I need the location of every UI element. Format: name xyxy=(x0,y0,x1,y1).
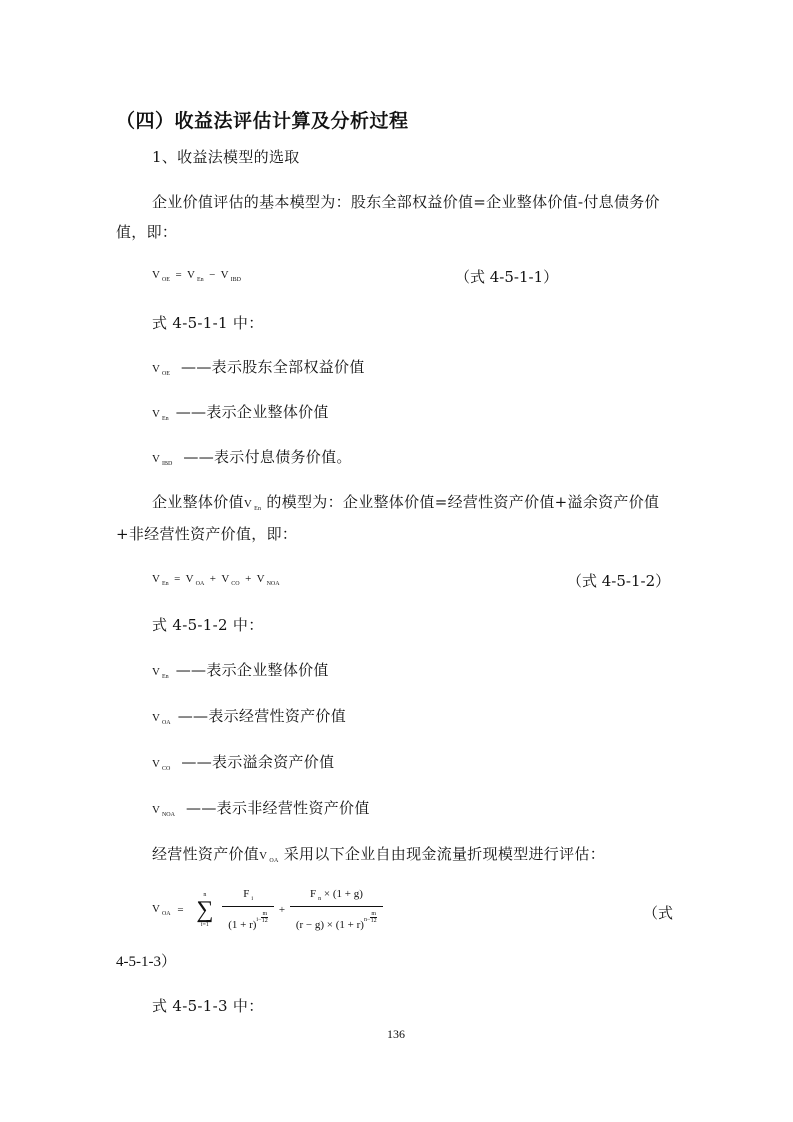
summation: n ∑ i=1 xyxy=(196,892,213,928)
definition-row: VIBD ——表示付息债务价值。 xyxy=(152,446,352,467)
where-label: 式 4-5-1-3 中： xyxy=(152,995,264,1016)
fraction-2: Fn × (1 + g) (r − g) × (1 + r)n−m12 xyxy=(290,888,383,931)
subscript: OE xyxy=(162,277,170,283)
formula-lhs: VOA xyxy=(152,903,171,915)
formula-4-5-1-2: VEn = VOA + VCO + VNOA xyxy=(152,573,280,587)
paragraph-line: +非经营性资产价值，即： xyxy=(116,523,297,544)
operator: + xyxy=(210,573,216,585)
symbol: V xyxy=(152,453,160,465)
definition-row: VOA ——表示经营性资产价值 xyxy=(152,705,346,726)
subscript: OA xyxy=(269,858,278,864)
symbol: V xyxy=(221,269,229,281)
symbol: V xyxy=(257,573,265,585)
formula-tag: 4-5-1-3） xyxy=(116,950,176,971)
subscript: En xyxy=(197,277,204,283)
exponent-denominator: 12 xyxy=(261,918,268,924)
symbol: V xyxy=(152,269,160,281)
symbol: V xyxy=(187,269,195,281)
definition-text: ——表示经营性资产价值 xyxy=(178,707,346,725)
exponent-numerator: m xyxy=(261,911,268,918)
denominator: (r − g) × (1 + r) xyxy=(296,919,364,931)
text: 经营性资产价值 xyxy=(152,845,259,863)
definition-text: ——表示股东全部权益价值 xyxy=(181,358,365,376)
subscript: OA xyxy=(162,720,171,726)
exponent-denominator: 12 xyxy=(370,918,377,924)
formula-4-5-1-3: VOA = n ∑ i=1 Fi (1 + r)i−m12 + Fn × (1 … xyxy=(152,888,383,931)
definition-row: VOE ——表示股东全部权益价值 xyxy=(152,356,365,377)
text: 的模型为：企业整体价值=经营性资产价值+溢余资产价值 xyxy=(261,493,659,511)
text: 企业整体价值 xyxy=(152,493,244,511)
denominator: (1 + r) xyxy=(228,919,256,931)
formula-tag: （式 xyxy=(643,902,673,923)
paragraph-line: 经营性资产价值VOA 采用以下企业自由现金流量折现模型进行评估： xyxy=(152,843,605,864)
definition-text: ——表示企业整体价值 xyxy=(176,661,329,679)
fraction-1: Fi (1 + r)i−m12 xyxy=(222,888,274,931)
subscript: OE xyxy=(162,371,170,377)
symbol: F xyxy=(243,888,249,900)
symbol: V xyxy=(152,758,160,770)
where-label: 式 4-5-1-1 中： xyxy=(152,312,264,333)
definition-text: ——表示企业整体价值 xyxy=(176,403,329,421)
section-heading: （四）收益法评估计算及分析过程 xyxy=(116,106,409,133)
symbol: V xyxy=(259,850,267,862)
symbol: V xyxy=(152,408,160,420)
definition-row: VEn ——表示企业整体价值 xyxy=(152,401,329,422)
definition-text: ——表示溢余资产价值 xyxy=(181,753,334,771)
symbol: V xyxy=(186,573,194,585)
definition-text: ——表示非经营性资产价值 xyxy=(186,799,370,817)
subscript: CO xyxy=(231,581,239,587)
operator: − xyxy=(209,269,215,281)
symbol: V xyxy=(152,903,160,915)
symbol: V xyxy=(152,666,160,678)
subscript: OA xyxy=(196,581,205,587)
operator: + xyxy=(279,904,285,916)
formula-tag: （式 4-5-1-1） xyxy=(455,266,558,287)
definition-row: VCO ——表示溢余资产价值 xyxy=(152,751,334,772)
subscript: NOA xyxy=(267,581,280,587)
operator: = xyxy=(175,269,181,281)
subscript: CO xyxy=(162,766,170,772)
formula-tag: （式 4-5-1-2） xyxy=(567,570,670,591)
exponent-numerator: m xyxy=(370,911,377,918)
operator: = xyxy=(177,904,183,916)
symbol: V xyxy=(152,804,160,816)
subheading: 1、收益法模型的选取 xyxy=(152,146,300,167)
subscript: OA xyxy=(162,911,171,917)
operator: = xyxy=(174,573,180,585)
definition-text: ——表示付息债务价值。 xyxy=(183,448,351,466)
subscript: En xyxy=(162,674,169,680)
sigma-symbol: ∑ xyxy=(196,898,213,922)
page-number: 136 xyxy=(387,1027,405,1042)
symbol: V xyxy=(221,573,229,585)
symbol: V xyxy=(152,573,160,585)
symbol: V xyxy=(244,498,252,510)
subscript: IBD xyxy=(231,277,241,283)
definition-row: VNOA ——表示非经营性资产价值 xyxy=(152,797,370,818)
paragraph-line: 企业整体价值VEn 的模型为：企业整体价值=经营性资产价值+溢余资产价值 xyxy=(152,491,659,512)
symbol: V xyxy=(152,363,160,375)
symbol: F xyxy=(310,888,316,900)
subscript: En xyxy=(162,581,169,587)
operator: + xyxy=(245,573,251,585)
paragraph-line: 企业价值评估的基本模型为：股东全部权益价值=企业整体价值-付息债务价 xyxy=(152,191,660,212)
where-label: 式 4-5-1-2 中： xyxy=(152,614,264,635)
subscript: i xyxy=(251,896,253,902)
paragraph-line: 值，即： xyxy=(116,221,177,242)
subscript: En xyxy=(162,416,169,422)
symbol: V xyxy=(152,712,160,724)
subscript: IBD xyxy=(162,461,172,467)
numerator-rest: × (1 + g) xyxy=(321,888,363,900)
formula-4-5-1-1: VOE = VEn − VIBD xyxy=(152,269,241,283)
definition-row: VEn ——表示企业整体价值 xyxy=(152,659,329,680)
text: 采用以下企业自由现金流量折现模型进行评估： xyxy=(279,845,605,863)
subscript: NOA xyxy=(162,812,175,818)
